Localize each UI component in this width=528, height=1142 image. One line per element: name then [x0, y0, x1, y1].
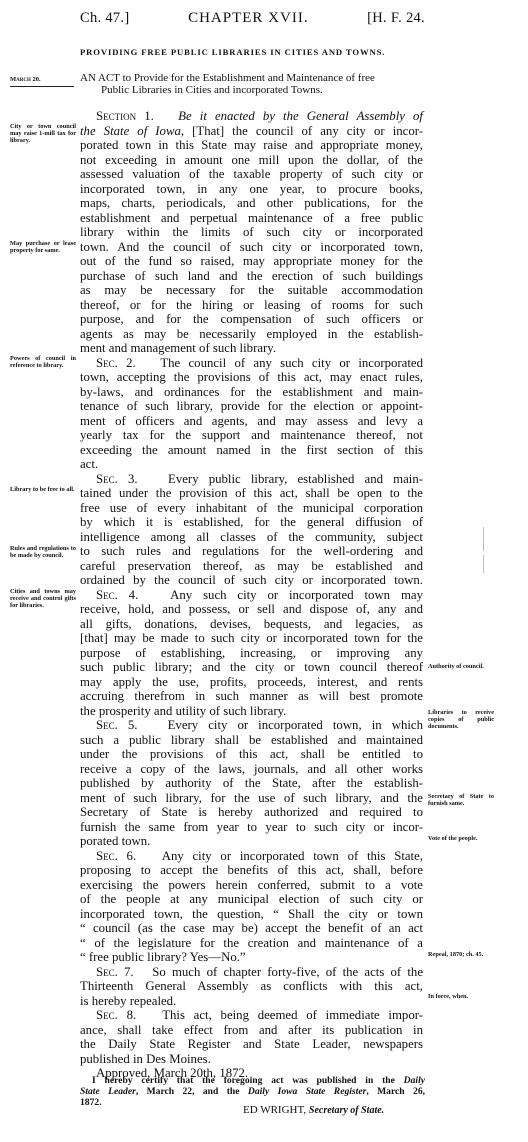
margin-note-right: Repeal, 1870; ch. 45. [428, 952, 494, 959]
scan-mark [483, 555, 484, 573]
signature: ED WRIGHT, Secretary of State. [243, 1104, 384, 1116]
act-subtitle: PROVIDING FREE PUBLIC LIBRARIES IN CITIE… [80, 47, 425, 57]
margin-note-left: May purchase or lease property for same. [10, 241, 76, 255]
margin-note-right: In force, when. [428, 994, 494, 1001]
section-6: Sec. 6. Any city or incorporated town of… [80, 849, 423, 864]
chapter-ref: Ch. 47.] [80, 10, 130, 27]
act-title-line-1: AN ACT to Provide for the Establishment … [80, 72, 375, 84]
signatory-title: Secretary of State. [309, 1105, 384, 1116]
section-1-heading: Section 1. Be it enacted by the General … [80, 109, 423, 124]
margin-note-left: Rules and regulations to be made by coun… [10, 546, 76, 560]
margin-note-left: Cities and towns may receive and control… [10, 589, 76, 609]
section-8: Sec. 8. This act, being deemed of immedi… [80, 1008, 423, 1023]
date-margin-note: March 20. [10, 76, 74, 87]
section-5: Sec. 5. Every city or incorporated town,… [80, 718, 423, 733]
act-title: AN ACT to Provide for the Establishment … [80, 73, 425, 96]
margin-note-right: Secretary of State to furnish same. [428, 794, 494, 808]
margin-note-left: Powers of council in reference to librar… [10, 356, 76, 370]
act-title-line-2: Public Libraries in Cities and incorpora… [80, 85, 425, 97]
page-header: Ch. 47.] CHAPTER XVII. [H. F. 24. [80, 10, 425, 27]
margin-note-right: Vote of the people. [428, 836, 494, 843]
section-3: Sec. 3. Every public library, establishe… [80, 472, 423, 487]
signatory-name: ED WRIGHT, [243, 1104, 306, 1116]
margin-note-left: City or town council may raise 1-mill ta… [10, 124, 76, 144]
margin-note-left: Library to be free to all. [10, 487, 76, 494]
chapter-title: CHAPTER XVII. [188, 10, 309, 27]
bill-ref: [H. F. 24. [367, 10, 425, 27]
section-4: Sec. 4. Any such city or incorporated to… [80, 588, 423, 603]
margin-note-right: Libraries to receive copies of public do… [428, 710, 494, 730]
section-2: Sec. 2. The council of any such city or … [80, 356, 423, 371]
section-7: Sec. 7. So much of chapter forty-five, o… [80, 965, 423, 980]
margin-note-right: Authority of council. [428, 664, 494, 671]
scan-mark [483, 527, 484, 551]
act-body: Section 1. Be it enacted by the General … [80, 109, 423, 1081]
